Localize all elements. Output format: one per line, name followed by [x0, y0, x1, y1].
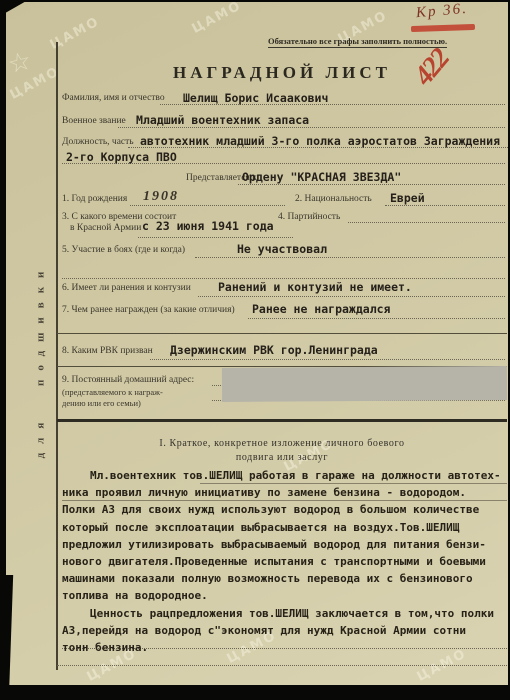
feat-line: Мл.воентехник тов.ШЕЛИЩ работая в гараже… [62, 467, 507, 484]
redaction-box [222, 366, 507, 402]
rule-line [348, 222, 505, 223]
form-fold-line [56, 42, 58, 670]
field-position-label: Должность, часть [62, 137, 134, 147]
rule-line [150, 359, 505, 360]
field-name-label: Фамилия, имя и отчество [62, 93, 165, 103]
section-separator [57, 333, 507, 334]
field-wounds-label: 6. Имеет ли ранения и контузии [62, 283, 191, 293]
rule-line [248, 318, 505, 319]
feat-line: тонн бензина. [62, 639, 507, 656]
rule-line [118, 127, 505, 128]
rule-line [130, 205, 285, 206]
feat-line: машинами показали полную возможность пер… [62, 570, 507, 587]
feat-line: топлива на водородное. [62, 587, 507, 604]
feat-section-heading-line2: подвига или заслуг [57, 452, 507, 463]
field-position-value: автотехник младший 3-го полка аэростатов… [140, 134, 500, 148]
field-presented-value: Ордену "КРАСНАЯ ЗВЕЗДА" [242, 170, 401, 184]
field-birth-year-value: 1908 [143, 189, 179, 205]
rule-line [238, 184, 505, 185]
field-rvk-label: 8. Каким РВК призван [62, 346, 153, 356]
rule-line [385, 205, 505, 206]
field-address-label: 9. Постоянный домашний адрес: [62, 375, 194, 385]
feat-line: Полки АЗ для своих нужд используют водор… [62, 501, 507, 518]
award-sheet-scan: ЦАМО ЦАМО ЦАМО ЦАМО ЦАМО ЦАМО ЦАМО ЦАМО … [0, 0, 510, 700]
field-prior-awards-value: Ранее не награждался [252, 302, 390, 316]
feat-section-heading-line1: I. Краткое, конкретное изложение личного… [57, 438, 507, 449]
field-battles-value: Не участвовал [237, 242, 327, 256]
field-prior-awards-label: 7. Чем ранее награжден (за какие отличия… [62, 305, 235, 315]
field-service-since-value: с 23 июня 1941 года [142, 219, 274, 233]
field-party-label: 4. Партийность [278, 212, 340, 222]
feat-line: Ценность рацпредложения тов.ШЕЛИЩ заключ… [62, 605, 507, 622]
field-rvk-value: Дзержинским РВК гор.Ленинграда [170, 343, 378, 357]
feat-line: предложил утилизировать выбрасываемый во… [62, 536, 507, 553]
feat-line: нового двигателя.Проведенные испытания с… [62, 553, 507, 570]
feat-line: ника проявил личную инициативу по замене… [62, 484, 507, 501]
field-battles-label: 5. Участие в боях (где и когда) [62, 245, 185, 255]
margin-filing-text: для подшивки [35, 201, 50, 521]
feat-description: Мл.воентехник тов.ШЕЛИЩ работая в гараже… [62, 467, 507, 656]
rule-line [62, 278, 505, 279]
feat-line: АЗ,перейдя на водород с"экономят для нуж… [62, 622, 507, 639]
field-address-label3: дению или его семьи) [62, 398, 141, 408]
rule-line [198, 296, 505, 297]
field-name-value: Шелищ Борис Исаакович [183, 91, 328, 105]
field-service-since-label2: в Красной Армии [70, 223, 141, 233]
field-position-value2: 2-го Корпуса ПВО [66, 150, 177, 164]
section-separator [57, 419, 507, 422]
rule-line [195, 257, 505, 258]
rule-line [138, 237, 293, 238]
scan-corner-shadow [0, 0, 28, 16]
field-address-label2: (представляемого к награж- [62, 387, 163, 397]
field-birth-year-label: 1. Год рождения [62, 194, 127, 204]
fill-all-fields-note: Обязательно все графы заполнить полность… [268, 36, 447, 48]
field-rank-label: Военное звание [62, 116, 126, 126]
rule-line [57, 665, 507, 666]
field-nationality-label: 2. Национальность [295, 194, 372, 204]
feat-line: который после эксплоатации выбрасывается… [62, 519, 507, 536]
field-nationality-value: Еврей [390, 191, 425, 205]
field-wounds-value: Ранений и контузий не имеет. [218, 280, 412, 294]
field-rank-value: Младший воентехник запаса [136, 113, 309, 127]
